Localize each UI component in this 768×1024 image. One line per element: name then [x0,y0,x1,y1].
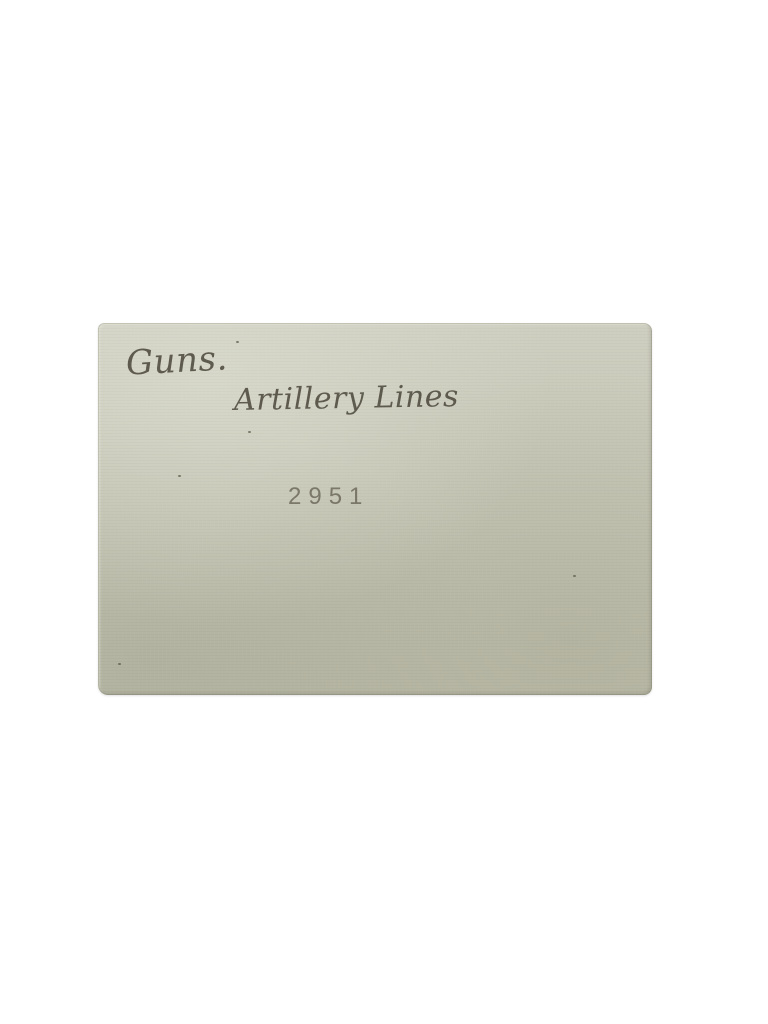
paper-speck [236,341,239,343]
paper-speck [573,575,576,577]
photo-stage: Guns. Artillery Lines 2951 [0,0,768,1024]
handwritten-title-line-2: Artillery Lines [234,379,459,418]
paper-speck [118,663,121,665]
paper-speck [248,431,251,433]
handwritten-title-line-1: Guns. [125,338,229,383]
pencil-catalog-number: 2951 [288,483,369,511]
paper-card: Guns. Artillery Lines 2951 [98,323,652,695]
paper-speck [178,475,181,477]
